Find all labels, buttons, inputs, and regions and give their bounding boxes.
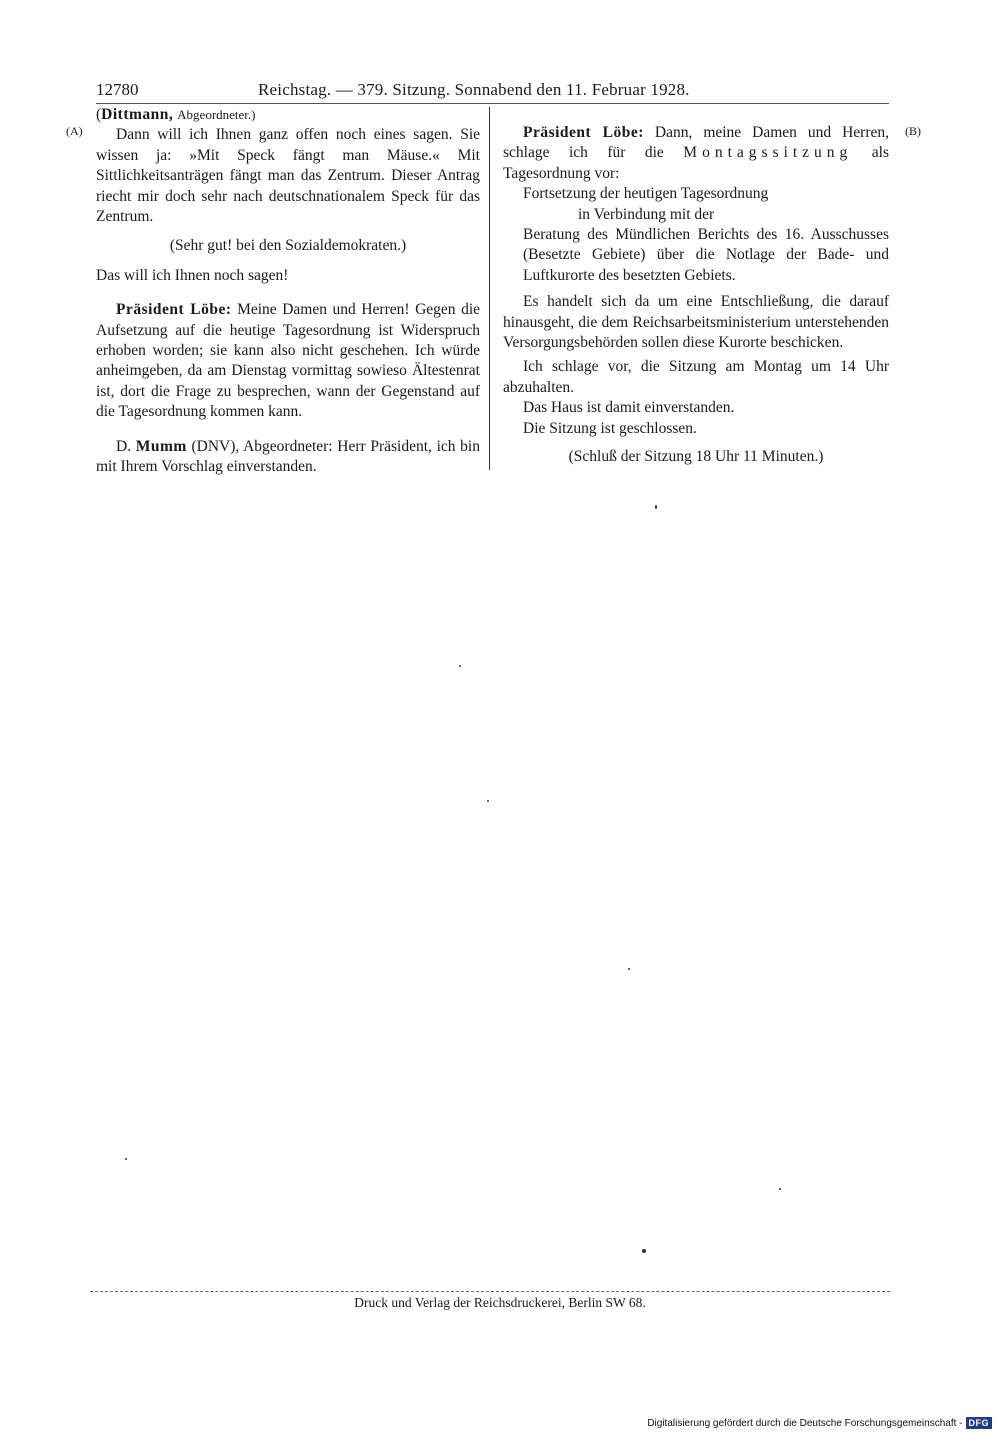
digitization-credit: Digitalisierung gefördert durch die Deut… [647, 1417, 992, 1429]
closing-note: (Schluß der Sitzung 18 Uhr 11 Minuten.) [503, 447, 889, 467]
paragraph: Das Haus ist damit einverstanden. [503, 398, 889, 418]
running-head: Reichstag. — 379. Sitzung. Sonnabend den… [258, 80, 690, 100]
interjection: (Sehr gut! bei den Sozialdemokraten.) [96, 236, 480, 256]
right-column: Präsident Löbe: Dann, meine Damen und He… [503, 123, 889, 468]
scan-speck [779, 1188, 781, 1190]
scan-speck [655, 505, 657, 509]
dfg-logo-icon: DFG [966, 1417, 993, 1429]
page-number: 12780 [96, 80, 139, 100]
footer-rule [90, 1291, 890, 1292]
scan-speck [487, 800, 489, 802]
speaker-name: Präsident Löbe: [523, 124, 644, 141]
scan-speck [642, 1249, 646, 1253]
continuation-label: (Dittmann, Abgeordneter.) [96, 105, 480, 125]
header-rule [96, 103, 889, 104]
paragraph: Ich schlage vor, die Sitzung am Montag u… [503, 357, 889, 398]
column-divider [489, 107, 490, 470]
paragraph: Das will ich Ihnen noch sagen! [96, 266, 480, 286]
left-column: (Dittmann, Abgeordneter.) Dann will ich … [96, 105, 480, 478]
paragraph: Es handelt sich da um eine Entschließung… [503, 292, 889, 353]
scan-speck [125, 1158, 127, 1160]
agenda-item: Fortsetzung der heutigen Tagesordnung [503, 184, 889, 204]
agenda-item: in Verbindung mit der [503, 205, 889, 225]
spaced-emphasis: Montagssitzung [683, 144, 852, 161]
speaker-name: Dittmann, [101, 106, 173, 123]
paragraph: Die Sitzung ist geschlossen. [503, 419, 889, 439]
scan-speck [459, 665, 461, 667]
paragraph: Dann will ich Ihnen ganz offen noch eine… [96, 125, 480, 227]
speaker-name: Mumm [136, 438, 187, 455]
page-header: 12780 Reichstag. — 379. Sitzung. Sonnabe… [96, 80, 889, 102]
speech-mumm: D. Mumm (DNV), Abgeordneter: Herr Präsid… [96, 437, 480, 478]
margin-mark-right: (B) [905, 124, 921, 139]
speaker-name: Präsident Löbe: [116, 301, 232, 318]
agenda-item: Beratung des Mündlichen Berichts des 16.… [503, 225, 889, 286]
printer-imprint: Druck und Verlag der Reichsdruckerei, Be… [0, 1295, 1000, 1311]
speech-loebe-agenda: Präsident Löbe: Dann, meine Damen und He… [503, 123, 889, 184]
scan-speck [628, 968, 630, 970]
credit-text: Digitalisierung gefördert durch die Deut… [647, 1418, 962, 1429]
speech-loebe: Präsident Löbe: Meine Damen und Herren! … [96, 300, 480, 422]
margin-mark-left: (A) [66, 124, 83, 139]
